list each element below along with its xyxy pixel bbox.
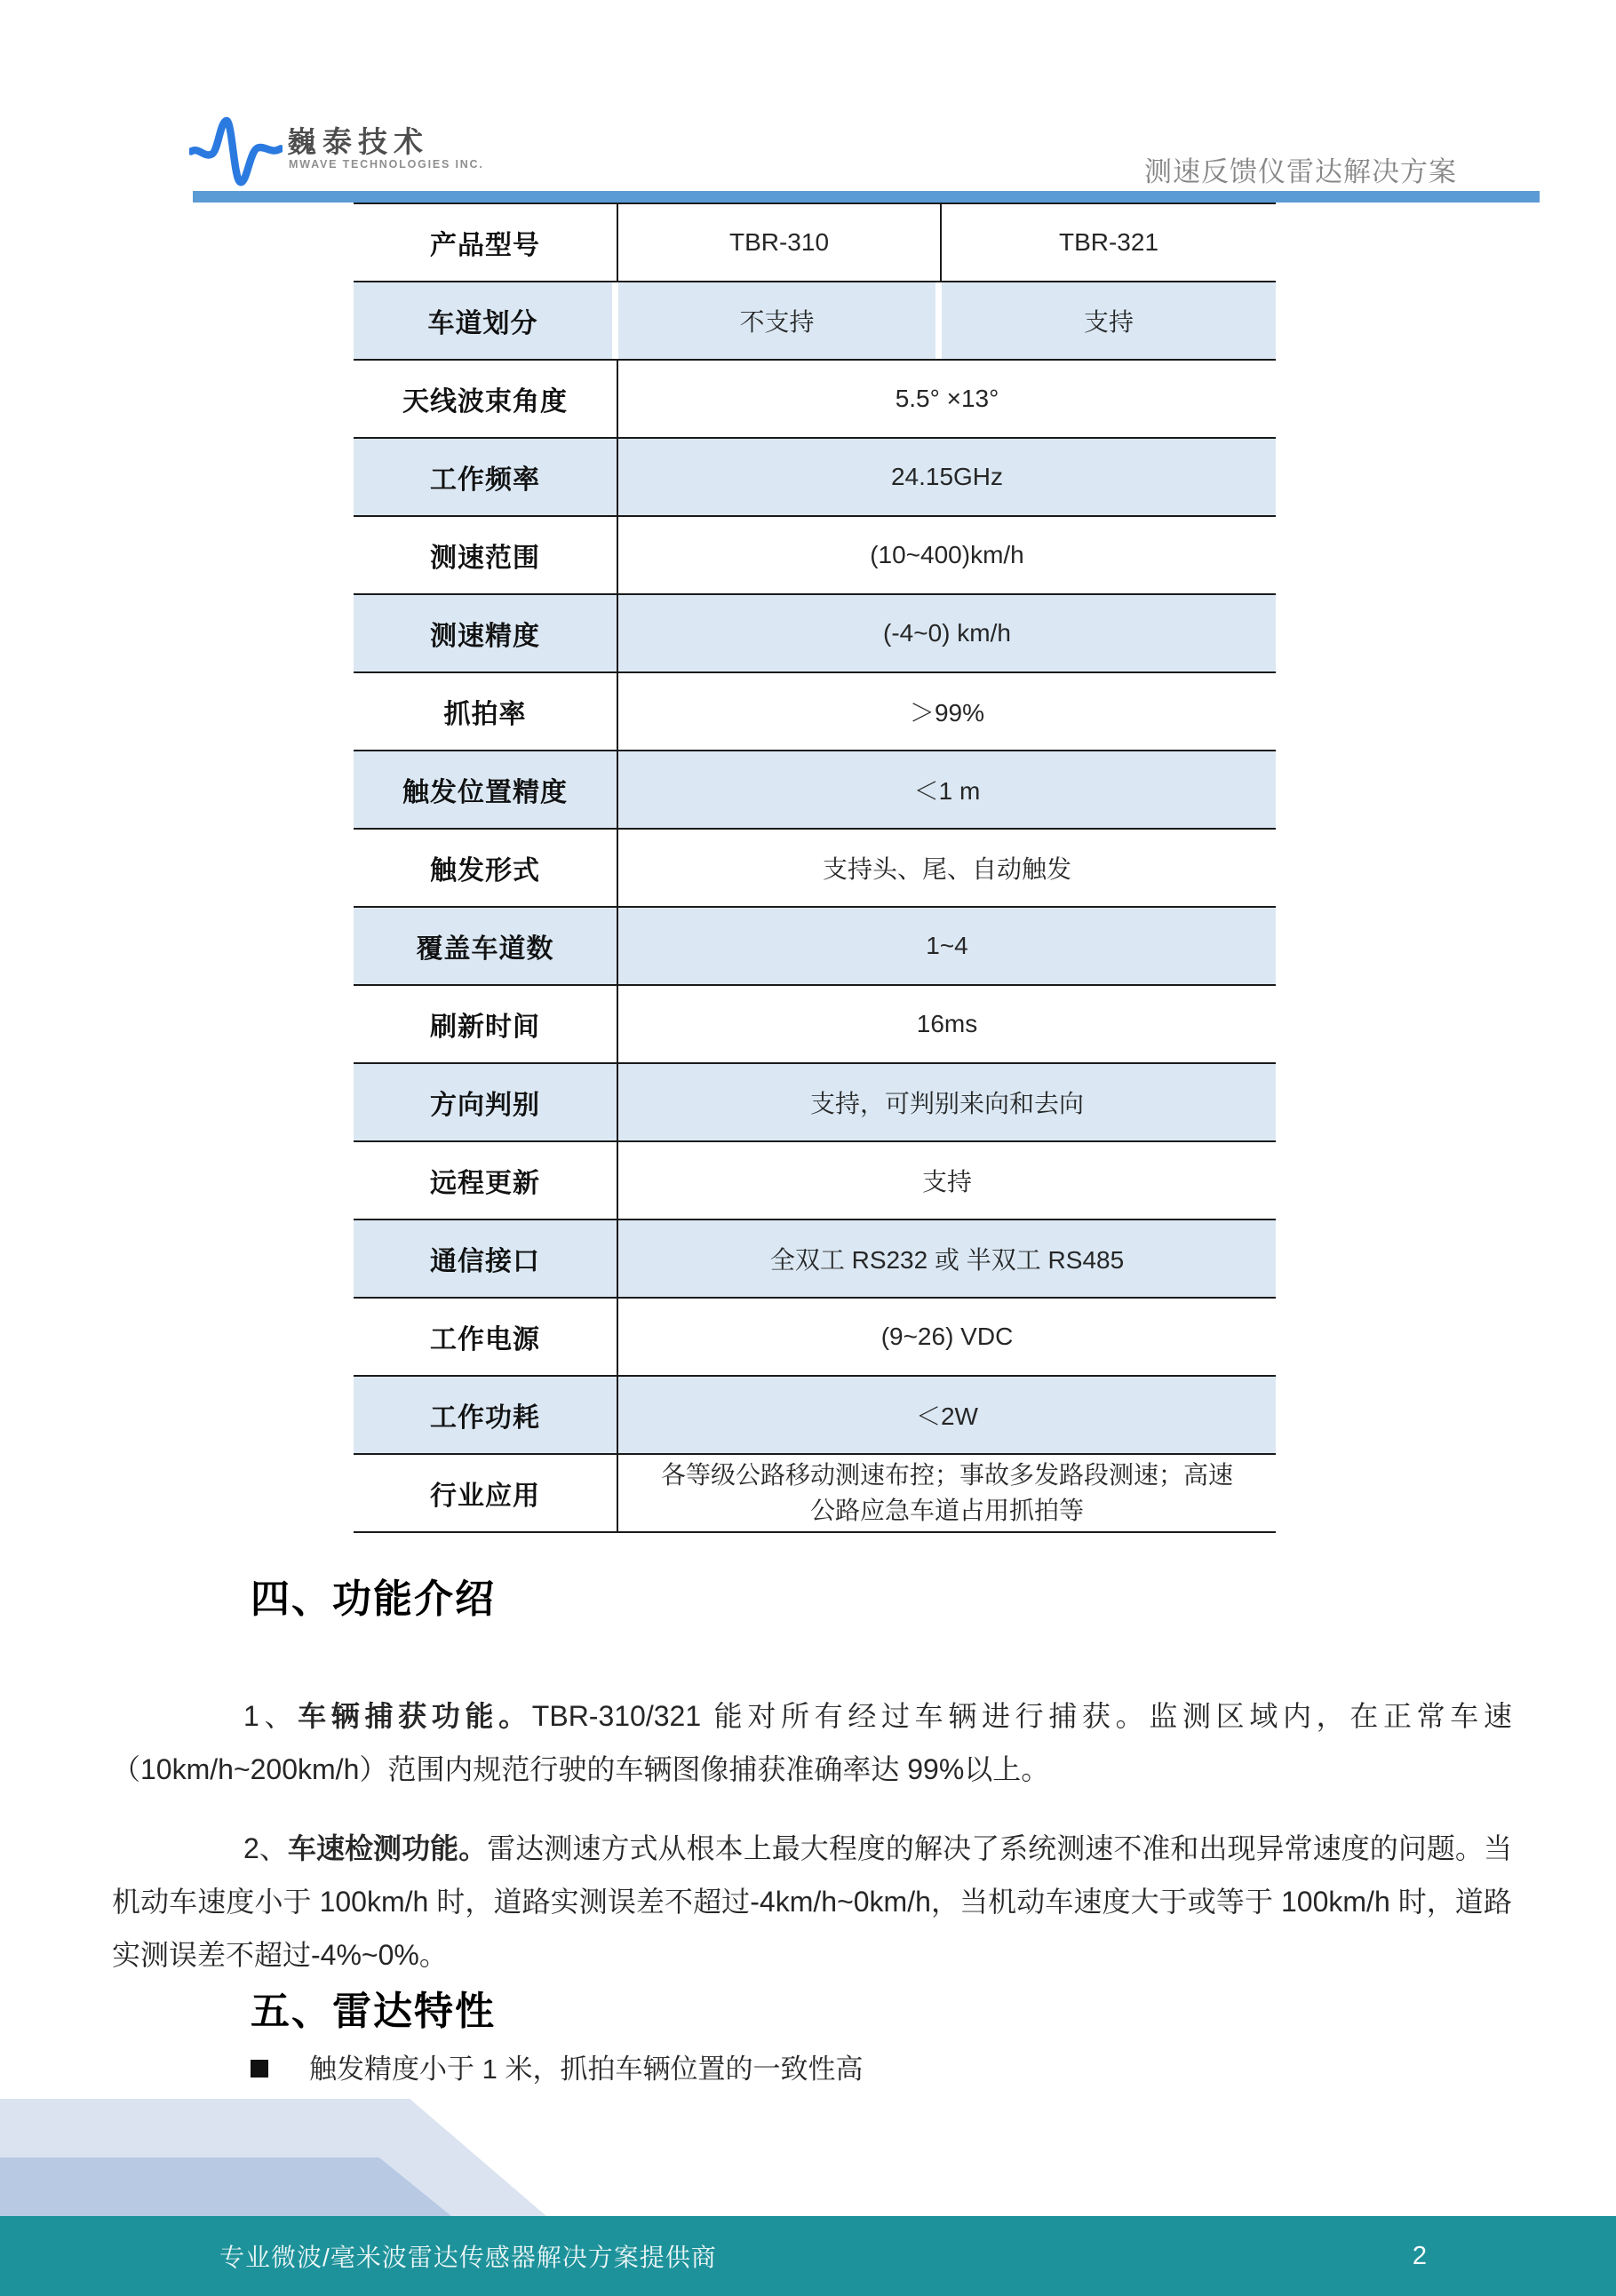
table-row: 测速范围(10~400)km/h <box>354 517 1276 595</box>
feature-name: 车辆捕获功能。 <box>298 1700 532 1732</box>
row-value: 支持头、尾、自动触发 <box>618 830 1276 906</box>
document-page: 巍泰技术 MWAVE TECHNOLOGIES INC. 测速反馈仪雷达解决方案… <box>0 0 1616 2296</box>
row-value: 支持，可判别来向和去向 <box>618 1064 1276 1140</box>
waveform-logo-icon <box>189 114 283 189</box>
row-label: 天线波束角度 <box>354 361 618 437</box>
feature-name: 车速检测功能。 <box>288 1832 487 1864</box>
table-row: 工作频率24.15GHz <box>354 439 1276 517</box>
row-label: 抓拍率 <box>354 673 618 750</box>
row-value-tbr321: TBR-321 <box>942 204 1276 281</box>
row-value: (10~400)km/h <box>618 517 1276 593</box>
row-value: ＜2W <box>618 1377 1276 1453</box>
paragraph-speed-detection: 2、车速检测功能。雷达测速方式从根本上最大程度的解决了系统测速不准和出现异常速度… <box>112 1822 1512 1982</box>
row-value: ＞99% <box>618 673 1276 750</box>
row-value: 24.15GHz <box>618 439 1276 515</box>
row-value: (9~26) VDC <box>618 1299 1276 1375</box>
row-value: (-4~0) km/h <box>618 595 1276 671</box>
header-doc-title: 测速反馈仪雷达解决方案 <box>1144 149 1457 189</box>
table-row: 触发位置精度＜1 m <box>354 751 1276 830</box>
row-label: 方向判别 <box>354 1064 618 1140</box>
table-row: 触发形式支持头、尾、自动触发 <box>354 830 1276 908</box>
header-rule <box>193 191 1540 203</box>
table-row: 产品型号TBR-310TBR-321 <box>354 204 1276 282</box>
list-number: 2、 <box>243 1832 288 1864</box>
row-value-tbr321: 支持 <box>942 282 1276 359</box>
row-value: 16ms <box>618 986 1276 1062</box>
table-row: 刷新时间16ms <box>354 986 1276 1064</box>
row-label: 产品型号 <box>354 204 618 281</box>
paragraph-vehicle-capture: 1、车辆捕获功能。TBR-310/321 能对所有经过车辆进行捕获。监测区域内，… <box>112 1689 1512 1796</box>
table-row: 通信接口全双工 RS232 或 半双工 RS485 <box>354 1220 1276 1299</box>
section-title-functions: 四、功能介绍 <box>251 1567 496 1624</box>
row-label: 触发形式 <box>354 830 618 906</box>
row-value: 5.5° ×13° <box>618 361 1276 437</box>
section-title-radar-features: 五、雷达特性 <box>251 1979 496 2036</box>
table-row: 车道划分不支持支持 <box>354 282 1276 361</box>
row-value: 1~4 <box>618 908 1276 984</box>
row-label: 覆盖车道数 <box>354 908 618 984</box>
decorative-parallelogram-medium <box>0 2157 451 2216</box>
row-label: 工作电源 <box>354 1299 618 1375</box>
table-row: 工作电源(9~26) VDC <box>354 1299 1276 1377</box>
page-number: 2 <box>1402 2242 1437 2271</box>
row-label: 远程更新 <box>354 1142 618 1219</box>
square-bullet-icon <box>251 2060 268 2078</box>
row-value: 全双工 RS232 或 半双工 RS485 <box>618 1220 1276 1297</box>
table-row: 天线波束角度5.5° ×13° <box>354 361 1276 439</box>
company-name: 巍泰技术 <box>287 119 429 161</box>
row-label: 测速精度 <box>354 595 618 671</box>
row-label: 工作频率 <box>354 439 618 515</box>
company-name-en: MWAVE TECHNOLOGIES INC. <box>289 158 484 171</box>
row-label: 通信接口 <box>354 1220 618 1297</box>
footer-bar: 专业微波/毫米波雷达传感器解决方案提供商 2 <box>0 2216 1616 2296</box>
table-row: 覆盖车道数1~4 <box>354 908 1276 986</box>
bullet-item: 触发精度小于 1 米，抓拍车辆位置的一致性高 <box>251 2047 1405 2092</box>
table-row: 工作功耗＜2W <box>354 1377 1276 1455</box>
row-value: 支持 <box>618 1142 1276 1219</box>
row-value-tbr310: 不支持 <box>618 282 942 359</box>
bullet-text: 触发精度小于 1 米，抓拍车辆位置的一致性高 <box>309 2047 863 2092</box>
row-label: 刷新时间 <box>354 986 618 1062</box>
table-row: 远程更新支持 <box>354 1142 1276 1220</box>
row-value: ＜1 m <box>618 751 1276 828</box>
row-label: 触发位置精度 <box>354 751 618 828</box>
row-value: 各等级公路移动测速布控；事故多发路段测速；高速公路应急车道占用抓拍等 <box>618 1455 1276 1531</box>
table-row: 行业应用各等级公路移动测速布控；事故多发路段测速；高速公路应急车道占用抓拍等 <box>354 1455 1276 1533</box>
row-label: 工作功耗 <box>354 1377 618 1453</box>
row-label: 测速范围 <box>354 517 618 593</box>
list-number: 1、 <box>243 1700 298 1732</box>
row-label: 车道划分 <box>354 282 618 359</box>
row-value-tbr310: TBR-310 <box>618 204 942 281</box>
table-row: 测速精度(-4~0) km/h <box>354 595 1276 673</box>
row-label: 行业应用 <box>354 1455 618 1531</box>
table-row: 方向判别支持，可判别来向和去向 <box>354 1064 1276 1142</box>
spec-table: 产品型号TBR-310TBR-321车道划分不支持支持天线波束角度5.5° ×1… <box>354 203 1276 1533</box>
table-row: 抓拍率＞99% <box>354 673 1276 751</box>
footer-tagline: 专业微波/毫米波雷达传感器解决方案提供商 <box>219 2238 717 2274</box>
